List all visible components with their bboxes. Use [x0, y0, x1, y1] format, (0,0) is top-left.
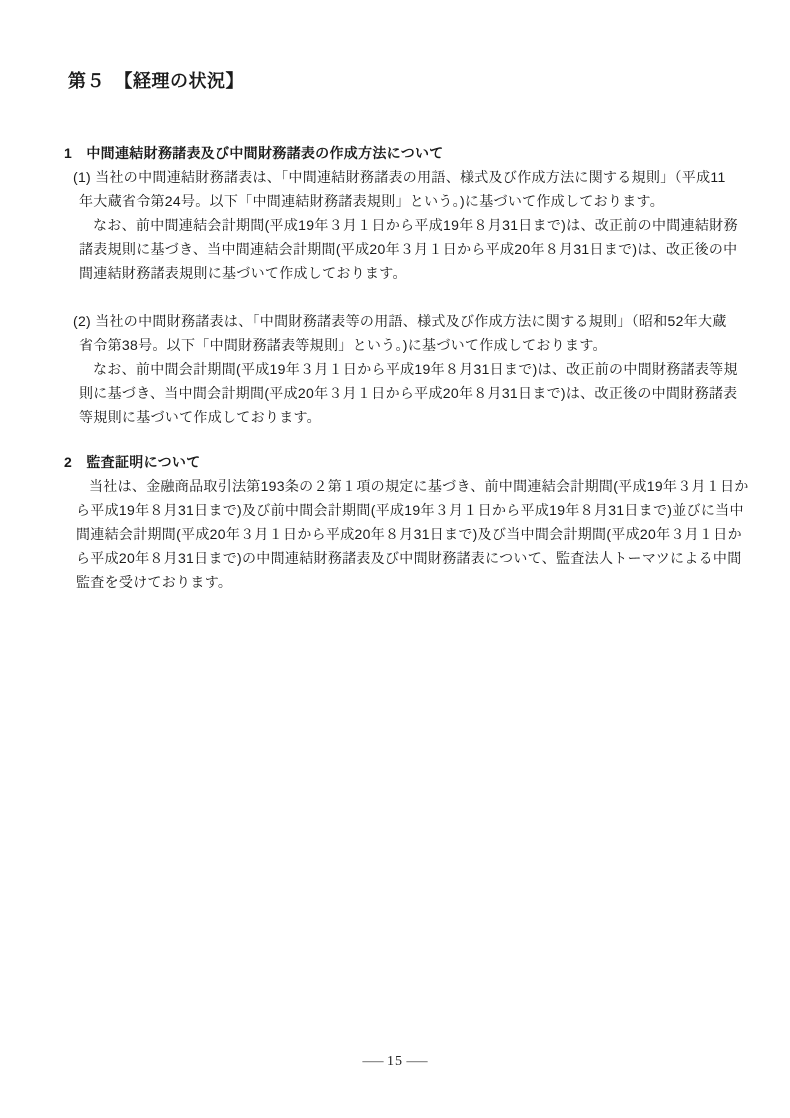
- page-title: 第５ 【経理の状況】: [68, 71, 244, 91]
- section-1-heading: 1 中間連結財務諸表及び中間財務諸表の作成方法について: [64, 141, 754, 165]
- footer-dash-left: —: [363, 1053, 384, 1071]
- text-line: なお、前中間連結会計期間(平成19年３月１日から平成19年８月31日まで)は、改…: [64, 213, 754, 237]
- text-line: なお、前中間会計期間(平成19年３月１日から平成19年８月31日まで)は、改正前…: [64, 357, 754, 381]
- text-line: 間連結会計期間(平成20年３月１日から平成20年８月31日まで)及び当中間会計期…: [64, 522, 754, 546]
- text-line: ら平成19年８月31日まで)及び前中間会計期間(平成19年３月１日から平成19年…: [64, 498, 754, 522]
- text-line: 年大蔵省令第24号。以下「中間連結財務諸表規則」という。)に基づいて作成しており…: [64, 189, 754, 213]
- text-line: (1) 当社の中間連結財務諸表は、「中間連結財務諸表の用語、様式及び作成方法に関…: [64, 165, 754, 189]
- item-1: (1) 当社の中間連結財務諸表は、「中間連結財務諸表の用語、様式及び作成方法に関…: [64, 165, 754, 285]
- section-financial-statements-preparation: 1 中間連結財務諸表及び中間財務諸表の作成方法について (1) 当社の中間連結財…: [64, 141, 754, 429]
- page-number: 15: [387, 1053, 403, 1071]
- section-2-heading: 2 監査証明について: [64, 450, 754, 474]
- item-2: (2) 当社の中間財務諸表は、「中間財務諸表等の用語、様式及び作成方法に関する規…: [64, 309, 754, 429]
- blank-line: [64, 285, 754, 309]
- text-line: 等規則に基づいて作成しております。: [64, 405, 754, 429]
- text-line: ら平成20年８月31日まで)の中間連結財務諸表及び中間財務諸表について、監査法人…: [64, 546, 754, 570]
- text-line: 間連結財務諸表規則に基づいて作成しております。: [64, 261, 754, 285]
- text-line: 監査を受けております。: [64, 570, 754, 594]
- text-line: 当社は、金融商品取引法第193条の２第１項の規定に基づき、前中間連結会計期間(平…: [64, 474, 754, 498]
- footer-dash-right: —: [407, 1053, 428, 1071]
- text-line: 則に基づき、当中間会計期間(平成20年３月１日から平成20年８月31日まで)は、…: [64, 381, 754, 405]
- document-page: 第５ 【経理の状況】 1 中間連結財務諸表及び中間財務諸表の作成方法について (…: [0, 0, 790, 1118]
- text-line: 省令第38号。以下「中間財務諸表等規則」という。)に基づいて作成しております。: [64, 333, 754, 357]
- text-line: 諸表規則に基づき、当中間連結会計期間(平成20年３月１日から平成20年８月31日…: [64, 237, 754, 261]
- section-audit-certification: 2 監査証明について 当社は、金融商品取引法第193条の２第１項の規定に基づき、…: [64, 450, 754, 594]
- page-footer: — 15 —: [0, 1053, 790, 1071]
- text-line: (2) 当社の中間財務諸表は、「中間財務諸表等の用語、様式及び作成方法に関する規…: [64, 309, 754, 333]
